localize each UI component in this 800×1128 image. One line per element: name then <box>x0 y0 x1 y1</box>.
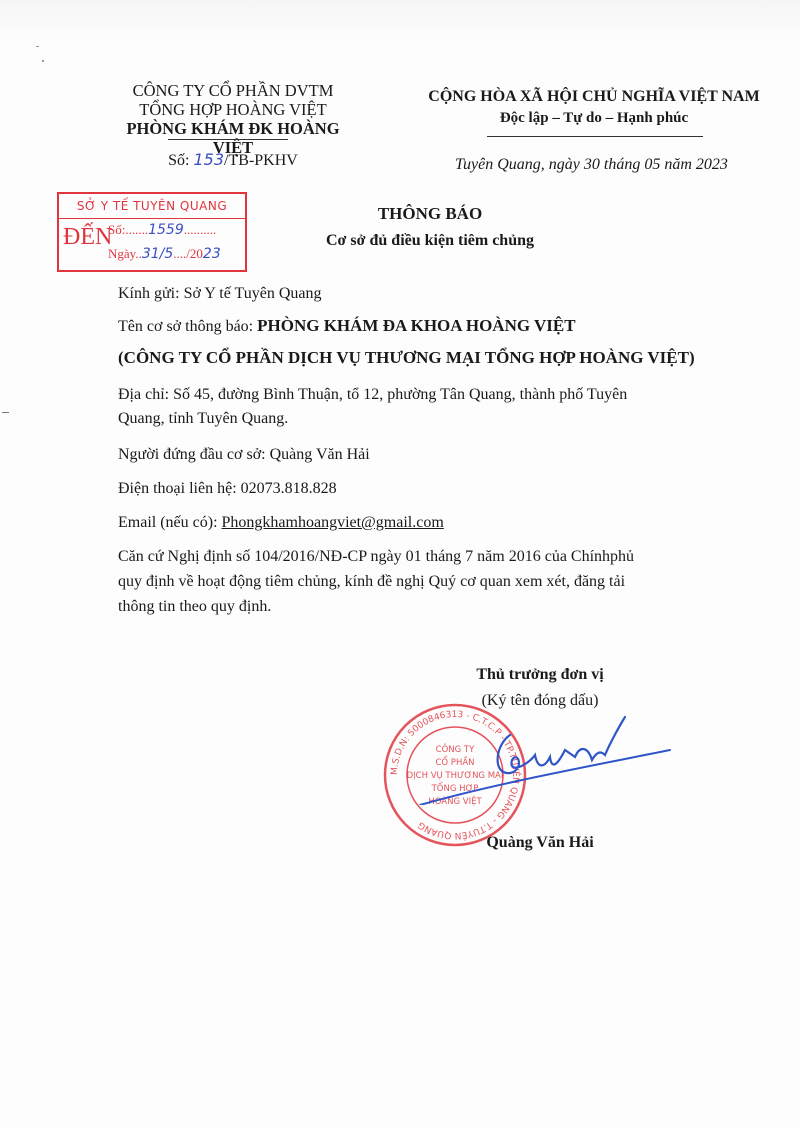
doc-title: THÔNG BÁO <box>300 204 560 224</box>
company-name: (CÔNG TY CỔ PHẦN DỊCH VỤ THƯƠNG MẠI TỔNG… <box>118 347 695 369</box>
received-so-label: Số: <box>108 222 125 237</box>
facility-line: Tên cơ sở thông báo: PHÒNG KHÁM ĐA KHOA … <box>118 315 576 338</box>
facility-label: Tên cơ sở thông báo: <box>118 318 257 335</box>
doc-subtitle: Cơ sở đủ điều kiện tiêm chủng <box>300 232 560 250</box>
doc-number-handwritten: 153 <box>194 150 225 169</box>
basis-line-2: quy định về hoạt động tiêm chủng, kính đ… <box>118 571 625 593</box>
scan-speck <box>2 412 9 413</box>
received-ngay-label: Ngày <box>108 246 135 261</box>
org-underline <box>168 139 288 140</box>
received-stamp-agency: SỞ Y TẾ TUYÊN QUANG <box>59 194 245 219</box>
handwritten-signature-icon <box>400 715 680 805</box>
received-so-value: 1559 <box>148 222 184 238</box>
scan-speck <box>36 46 39 47</box>
received-stamp-date: Ngày..31/5..../2023 <box>108 246 221 262</box>
nation-title: CỘNG HÒA XÃ HỘI CHỦ NGHĨA VIỆT NAM <box>404 88 784 106</box>
org-line-1: CÔNG TY CỔ PHẦN DVTM <box>108 81 358 100</box>
motto-underline <box>487 136 703 137</box>
email-line: Email (nếu có): Phongkhamhoangviet@gmail… <box>118 512 444 534</box>
scan-speck <box>42 60 44 62</box>
recipient: Kính gửi: Sở Y tế Tuyên Quang <box>118 283 322 305</box>
basis-line-3: thông tin theo quy định. <box>118 596 271 618</box>
document-page: CÔNG TY CỔ PHẦN DVTM TỔNG HỢP HOÀNG VIỆT… <box>0 0 800 1128</box>
email-link[interactable]: Phongkhamhoangviet@gmail.com <box>222 514 444 531</box>
signer-name: Quàng Văn Hải <box>460 834 620 852</box>
received-year-prefix: /20 <box>186 246 203 261</box>
received-stamp-den: ĐẾN <box>63 224 112 251</box>
doc-number-prefix: Số: <box>168 152 193 169</box>
email-label: Email (nếu có): <box>118 514 222 531</box>
address-line-1: Địa chỉ: Số 45, đường Bình Thuận, tổ 12,… <box>118 384 627 406</box>
received-stamp-number: Số:.......1559.......... <box>108 222 216 238</box>
basis-line-1: Căn cứ Nghị định số 104/2016/NĐ-CP ngày … <box>118 546 634 568</box>
facility-name: PHÒNG KHÁM ĐA KHOA HOÀNG VIỆT <box>257 316 575 335</box>
head-of-facility: Người đứng đầu cơ sở: Quàng Văn Hải <box>118 444 370 466</box>
motto: Độc lập – Tự do – Hạnh phúc <box>404 110 784 127</box>
received-ngay-value: 31/5 <box>142 246 173 262</box>
place-date: Tuyên Quang, ngày 30 tháng 05 năm 2023 <box>455 156 728 174</box>
doc-number-suffix: /TB-PKHV <box>224 152 298 169</box>
org-line-2: TỔNG HỢP HOÀNG VIỆT <box>108 100 358 119</box>
phone: Điện thoại liên hệ: 02073.818.828 <box>118 478 337 500</box>
received-year-hand: 23 <box>203 246 221 262</box>
signature-title: Thủ trưởng đơn vị <box>440 666 640 684</box>
received-stamp: SỞ Y TẾ TUYÊN QUANG ĐẾN Số:.......1559..… <box>57 192 247 272</box>
address-line-2: Quang, tỉnh Tuyên Quang. <box>118 408 288 430</box>
doc-number: Số: 153/TB-PKHV <box>108 150 358 170</box>
